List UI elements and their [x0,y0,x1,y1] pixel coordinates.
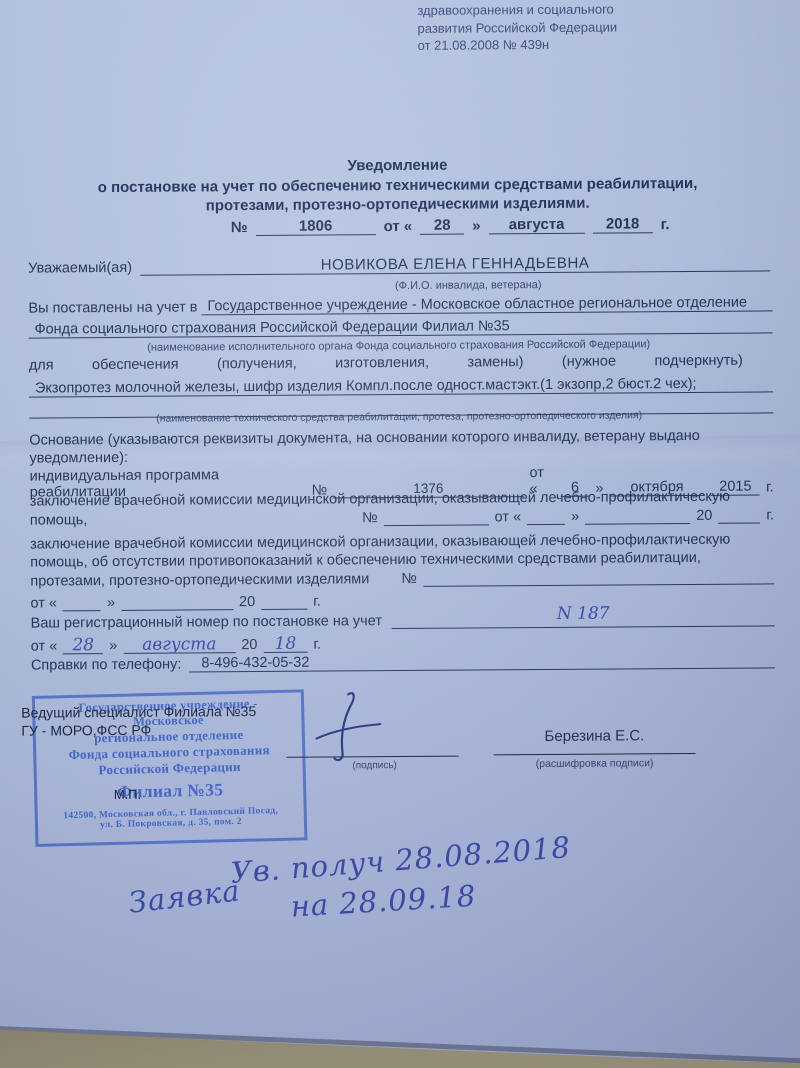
date-from-label: от « [495,509,522,525]
document-number-line: № 1806 от « 28 » августа 2018 г. [231,215,670,236]
registration-number-line: Ваш регистрационный номер по постановке … [31,605,775,631]
phone-label: Справки по телефону: [31,657,182,674]
vk2-line-3: протезами, протезно-ортопедическими изде… [30,567,774,589]
handwritten-day: 28 [72,635,94,655]
registration-date-line: от « 28 » августа 20 18 г. [31,632,321,655]
year-suffix: г. [766,507,774,523]
blank-field [423,567,775,586]
blank-field [63,594,101,611]
number-sign: № [401,571,417,587]
date-from-label: от « [384,218,413,235]
registration-prefix: Вы поставлены на учет в [28,299,197,316]
year-prefix: 20 [239,594,255,610]
stamp-branch-number: Филиал №35 [37,777,303,804]
officer-title-line-1: Ведущий специалист Филиала №35 [21,703,256,721]
purpose-line: для обеспечения (получения, изготовления… [29,353,743,374]
blank-field [718,506,760,523]
number-sign: № [231,219,248,236]
product-line: Экзопротез молочной железы, шифр изделия… [29,375,773,397]
spacer [93,526,356,528]
document-number-field: 1806 [256,217,376,236]
approval-line: от 21.08.2008 № 439н [418,34,758,54]
form-approval-reference: здравоохранения и социального развития Р… [417,0,757,54]
handwritten-registration-number: N 187 [557,604,610,624]
handwritten-month: августа [142,634,216,655]
decipher-caption: (расшифровка подписи) [494,757,696,770]
year-suffix: г. [661,216,670,233]
quote-close: » [472,217,480,234]
blank-field [585,507,690,525]
officer-name: Березина Е.С. [493,727,695,755]
officer-title-line-2: ГУ - МОРО,ФСС РФ [21,722,151,739]
quote-close: » [571,509,579,525]
month-field: августа [489,216,585,235]
registration-number-label: Ваш регистрационный номер по постановке … [31,613,382,631]
registration-line-2: Фонда социального страхования Российской… [29,316,773,338]
number-sign: № [362,510,378,526]
product-field: Экзопротез молочной железы, шифр изделия… [29,375,773,397]
blank-field [527,508,565,525]
blank-field [384,508,489,526]
year-prefix: 20 [241,637,257,653]
paper-sheet: здравоохранения и социального развития Р… [0,0,800,1068]
stamp-place-label: М.П. [114,787,142,802]
handwritten-note-request-date: на 28.09.18 [290,879,477,924]
date-from-label: от « [30,595,57,611]
vk2-prefix: протезами, протезно-ортопедическими изде… [30,571,369,589]
organization-field-line2: Фонда социального страхования Российской… [29,316,773,338]
signature-decipher-block: Березина Е.С. (расшифровка подписи) [493,727,695,770]
handwritten-year: 18 [275,634,297,654]
phone-number-field: 8-496-432-05-32 [189,651,775,672]
basis-line-2: уведомление): [29,448,329,466]
day-field: 28 [420,217,464,235]
fio-caption: (Ф.И.О. инвалида, ветерана) [278,278,658,293]
date-from-label: от « [31,638,58,654]
document-title: Уведомление о постановке на учет по обес… [0,153,798,217]
year-suffix: г. [313,594,321,610]
year-suffix: г. [313,637,321,653]
registration-number-field: N 187 [392,605,775,629]
greeting-line: Уважаемый(ая) НОВИКОВА ЕЛЕНА ГЕННАДЬЕВНА [28,253,770,276]
day-field: 28 [63,633,103,654]
vk1-line-2: помощь, № от « » 20 г. [30,506,774,528]
registration-line-1: Вы поставлены на учет в Государственное … [28,294,772,316]
vk1-prefix: помощь, [30,512,88,528]
month-field: августа [123,632,235,654]
document-photo: здравоохранения и социального развития Р… [0,0,800,1068]
signature-mark [306,686,397,767]
quote-close: » [109,638,117,654]
blank-field [261,593,307,610]
person-name-field: НОВИКОВА ЕЛЕНА ГЕННАДЬЕВНА [140,253,770,275]
greeting-label: Уважаемый(ая) [28,260,132,277]
handwritten-note-request-word: Заявка [127,873,242,919]
year-field: 18 [263,632,307,653]
organization-field-line1: Государственное учреждение - Московское … [201,294,772,315]
year-prefix: 20 [696,508,712,524]
quote-close: » [107,595,115,611]
year-field: 2018 [593,215,653,233]
